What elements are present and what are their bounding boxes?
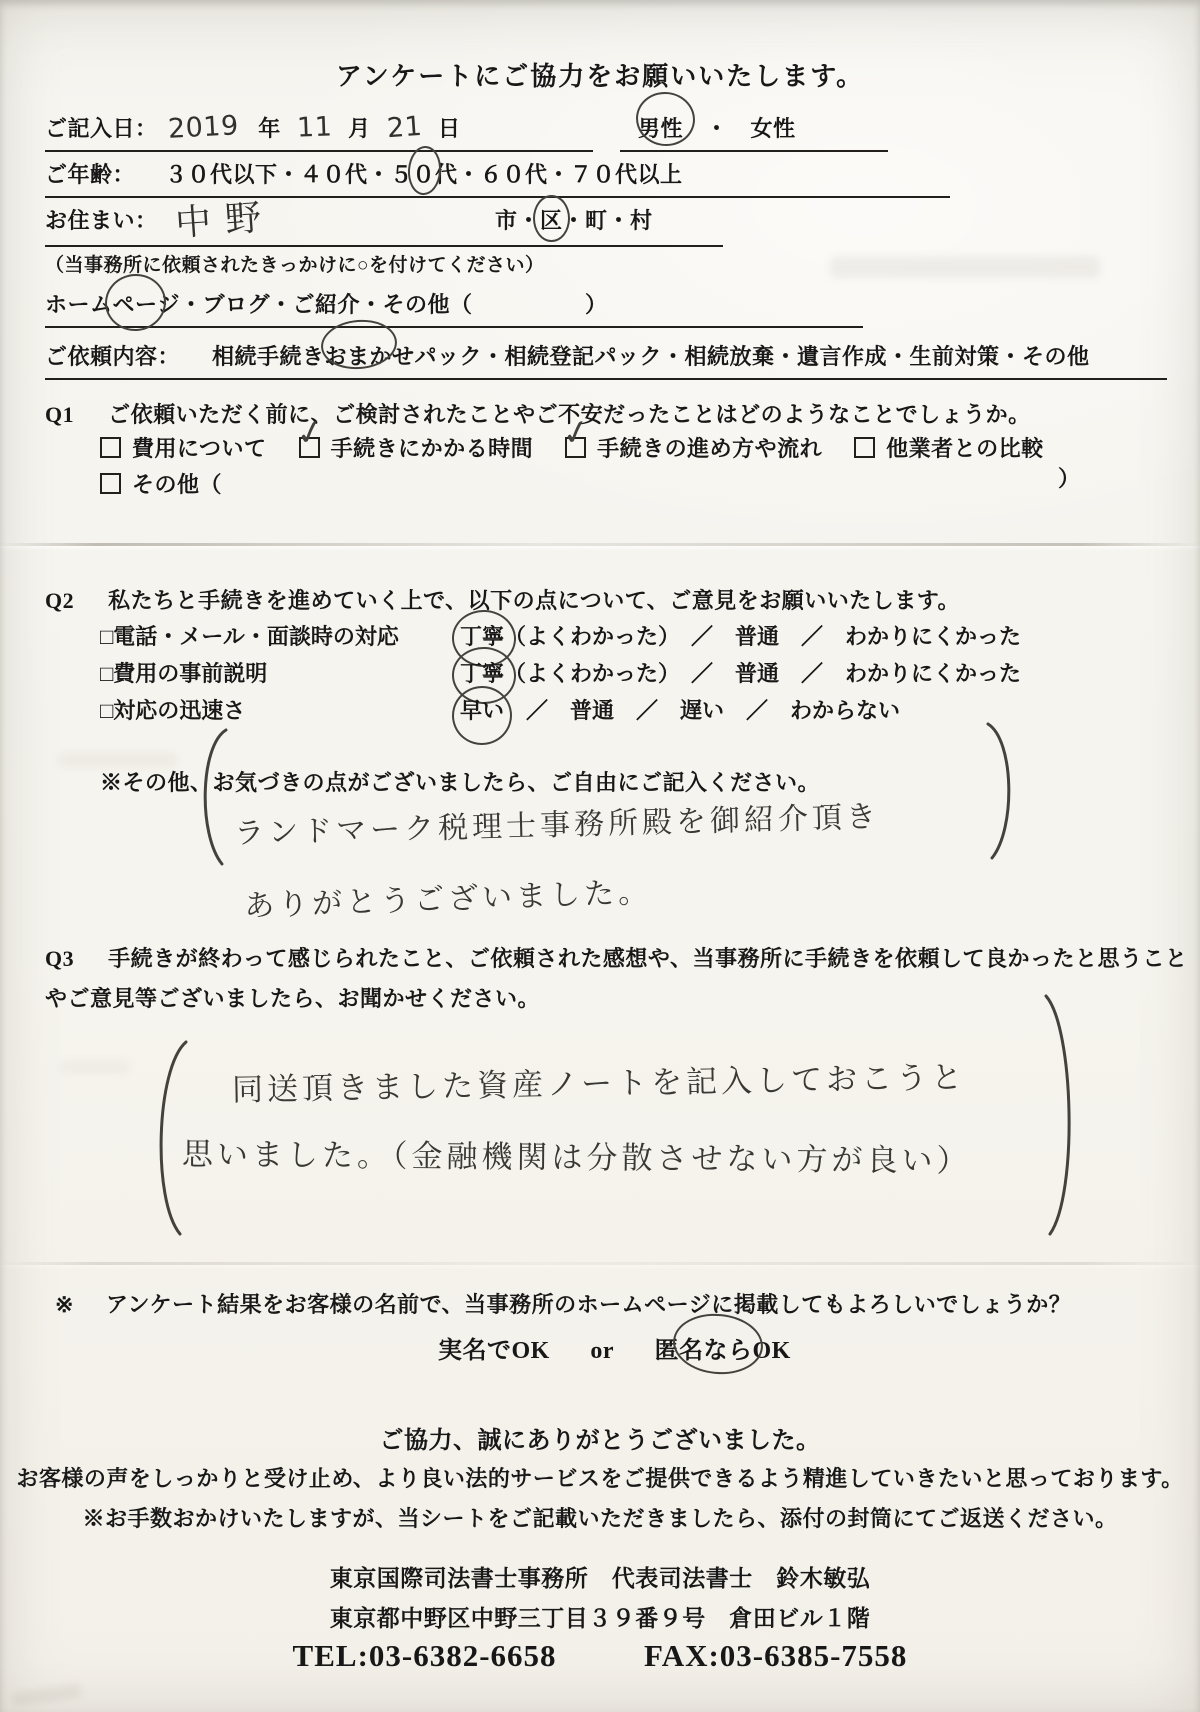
- q3-question-line1: Q3 手続きが終わって感じられたこと、ご依頼された感想や、当事務所に手続きを依頼…: [45, 942, 1187, 973]
- circle-instruction-note: （当事務所に依頼されたきっかけに○を付けてください）: [45, 250, 544, 277]
- scanned-survey-page: アンケートにご協力をお願いいたします。 ご記入日： 2019 年 11 月 21…: [0, 0, 1200, 1712]
- request-options-post: せパック・相続登記パック・相続放棄・遺言作成・生前対策・その他: [392, 344, 1090, 369]
- footer-tel: TEL:03-6382-6658: [293, 1638, 557, 1673]
- residence-value: 中野: [173, 189, 276, 247]
- q3-text: 手続きが終わって感じられたこと、ご依頼された感想や、当事務所に手続きを依頼して良…: [108, 946, 1187, 971]
- gender-separator: ・: [683, 116, 751, 141]
- free-note-answer-line1: ランドマーク税理士事務所殿を御紹介頂き: [234, 792, 881, 853]
- footer-office: 東京国際司法書士事務所 代表司法書士 鈴木敏弘: [330, 1560, 871, 1593]
- publish-option-realname: 実名でOK: [438, 1338, 550, 1364]
- residence-options: 市・区・町・村: [495, 204, 653, 235]
- q1-option-cost: 費用について: [100, 432, 267, 463]
- handwritten-bracket-left: [190, 726, 234, 868]
- date-month-value: 11: [296, 111, 332, 143]
- asterisk-marker: ※: [55, 1292, 74, 1317]
- q1-other-close-paren: ）: [1058, 462, 1081, 493]
- date-label: ご記入日：: [45, 116, 158, 141]
- age-options-pre: ３０代以下・４０代・５: [165, 162, 413, 187]
- request-label: ご依頼内容：: [45, 344, 180, 369]
- q2-item-label: □電話・メール・面談時の対応: [100, 620, 399, 651]
- publish-option-anonymous-post: OK: [753, 1338, 791, 1364]
- q2-options-rest: ／ 普通 ／ 遅い ／ わからない: [504, 698, 900, 723]
- footer-contact: TEL:03-6382-6658 FAX:03-6385-7558: [293, 1638, 908, 1674]
- bleed-through-artifact: [830, 256, 1100, 278]
- scan-smudge: [11, 1683, 82, 1707]
- residence-options-post: ・町・村: [563, 208, 653, 233]
- publish-question-text: アンケート結果をお客様の名前で、当事務所のホームページに掲載してもよろしいでしょ…: [106, 1292, 1071, 1317]
- checkbox-icon: [100, 473, 121, 494]
- q1-option-label: 手続きの進め方や流れ: [597, 436, 822, 461]
- publish-option-anonymous-circled: 名なら: [679, 1330, 753, 1365]
- q2-text: 私たちと手続きを進めていく上で、以下の点について、ご意見をお願いいたします。: [108, 588, 960, 613]
- q2-item-label: □対応の迅速さ: [100, 694, 245, 725]
- source-option-homepage-circled: ペー: [113, 288, 158, 319]
- closing-thanks: ご協力、誠にありがとうございました。: [380, 1420, 821, 1455]
- q1-other-row: その他（: [100, 468, 248, 499]
- gender-option-male-circled: 男性: [638, 112, 683, 143]
- publish-option-anonymous-pre: 匿: [655, 1338, 680, 1364]
- q2-circled-answer: 丁寧: [460, 657, 504, 688]
- q1-option-label: 他業者との比較: [886, 436, 1044, 461]
- request-option-omakase-circled: おまか: [325, 340, 393, 371]
- q1-option-process: ✓手続きの進め方や流れ: [565, 432, 822, 463]
- age-label: ご年齢：: [45, 162, 135, 187]
- field-referral-source: ホームページ・ブログ・ご紹介・その他（ ）: [45, 288, 863, 328]
- field-date: ご記入日： 2019 年 11 月 21 日: [45, 112, 593, 152]
- q3-answer-line1: 同送頂きました資産ノートを記入しておこうと: [232, 1052, 967, 1110]
- handwritten-bracket-right: [980, 720, 1024, 862]
- free-note-answer-line2: ありがとうございました。: [243, 867, 652, 925]
- q3-number: Q3: [45, 946, 74, 971]
- publish-question: ※ アンケート結果をお客様の名前で、当事務所のホームページに掲載してもよろしいで…: [55, 1288, 1071, 1319]
- q1-number: Q1: [45, 402, 74, 427]
- q1-option-other: その他（: [100, 468, 222, 499]
- residence-option-ku-circled: 区: [540, 204, 563, 235]
- q1-option-label: 手続きにかかる時間: [331, 436, 534, 461]
- q2-question: Q2 私たちと手続きを進めていく上で、以下の点について、ご意見をお願いいたします…: [45, 584, 960, 615]
- paper-crease: [0, 1262, 1200, 1265]
- field-gender: 男性 ・ 女性: [620, 112, 888, 152]
- q2-circled-answer: 丁寧: [460, 620, 504, 651]
- checkbox-icon: [100, 437, 121, 458]
- footer-address: 東京都中野区中野三丁目３９番９号 倉田ビル１階: [330, 1600, 871, 1633]
- bleed-through-artifact: [60, 1060, 130, 1074]
- q1-options-row: 費用について ✓手続きにかかる時間 ✓手続きの進め方や流れ 他業者との比較: [100, 432, 1070, 463]
- q2-options-rest: （よくわかった） ／ 普通 ／ わかりにくかった: [504, 661, 1021, 686]
- request-options-pre: 相続手続き: [212, 344, 325, 369]
- field-age: ご年齢： ３０代以下・４０代・５０代・６０代・７０代以上: [45, 158, 950, 198]
- source-options-pre: ホーム: [45, 292, 113, 317]
- age-options-post: 代・６０代・７０代以上: [435, 162, 683, 187]
- checkbox-icon: [854, 437, 875, 458]
- residence-label: お住まい：: [45, 208, 158, 233]
- residence-options-pre: 市・: [495, 208, 540, 233]
- source-options-post: ジ・ブログ・ご紹介・その他（ ）: [158, 292, 608, 317]
- field-request-content: ご依頼内容： 相続手続きおまかせパック・相続登記パック・相続放棄・遺言作成・生前…: [45, 340, 1167, 380]
- date-month-unit: 月: [348, 116, 371, 141]
- gender-option-female: 女性: [751, 116, 796, 141]
- footer-fax: FAX:03-6385-7558: [644, 1638, 907, 1673]
- closing-return-note: ※お手数おかけいたしますが、当シートをご記載いただきましたら、添付の封筒にてご返…: [82, 1502, 1117, 1533]
- page-title: アンケートにご協力をお願いいたします。: [336, 56, 864, 93]
- q1-option-time: ✓手続きにかかる時間: [299, 432, 534, 463]
- field-residence: お住まい： 中野 市・区・町・村: [45, 204, 723, 247]
- paper-crease: [0, 543, 1200, 546]
- q1-other-label: その他（: [132, 472, 222, 497]
- date-year-unit: 年: [258, 116, 281, 141]
- publish-or: or: [590, 1338, 614, 1364]
- q2-options-rest: （よくわかった） ／ 普通 ／ わかりにくかった: [504, 624, 1021, 649]
- age-option-50s-circled: ０: [413, 158, 436, 189]
- publish-options: 実名でOK or 匿名ならOK: [438, 1330, 791, 1365]
- closing-message: お客様の声をしっかりと受け止め、より良い法的サービスをご提供できるよう精進してい…: [16, 1462, 1183, 1493]
- q3-question-line2: やご意見等ございましたら、お聞かせください。: [45, 982, 540, 1013]
- q2-circled-answer: 早い: [460, 694, 504, 725]
- date-year-value: 2019: [167, 110, 239, 145]
- q2-item-label: □費用の事前説明: [100, 657, 267, 688]
- q2-number: Q2: [45, 588, 74, 613]
- handwritten-bracket-right: [1038, 990, 1086, 1240]
- q1-option-comparison: 他業者との比較: [854, 432, 1044, 463]
- date-day-unit: 日: [438, 116, 461, 141]
- q1-option-label: 費用について: [132, 436, 267, 461]
- date-day-value: 21: [386, 111, 423, 144]
- q1-question: Q1 ご依頼いただく前に、ご検討されたことやご不安だったことはどのようなことでし…: [45, 398, 1031, 429]
- q3-answer-line2: 思いました。（金融機関は分散させない方が良い）: [182, 1129, 972, 1181]
